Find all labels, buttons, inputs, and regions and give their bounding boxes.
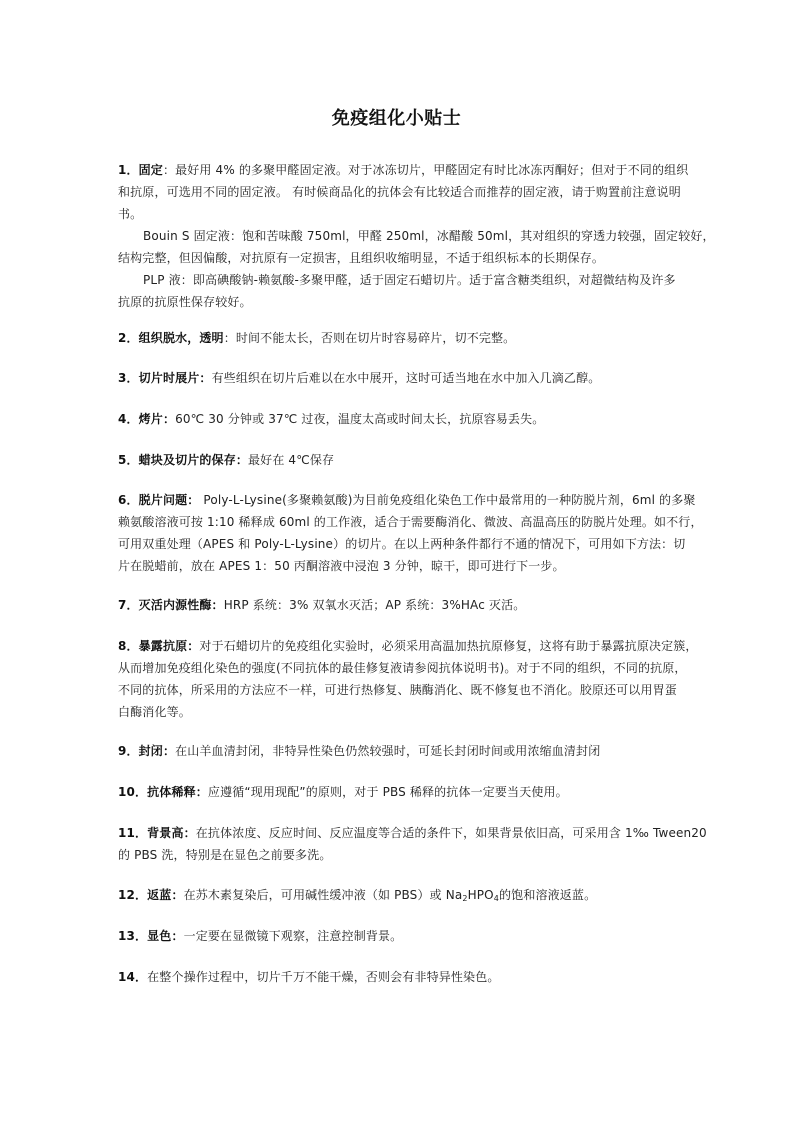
section-5: 5．蜡块及切片的保存：最好在 4℃保存 <box>118 452 334 468</box>
section-number: 1． <box>118 163 139 177</box>
bouin-line-2: 结构完整，但因偏酸，对抗原有一定损害，且组织收缩明显，不适于组织标本的长期保存。 <box>118 250 604 266</box>
section-12: 12．返蓝：在苏木素复染后，可用碱性缓冲液（如 PBS）或 Na2HPO4的饱和… <box>118 887 596 907</box>
section-3: 3．切片时展片：有些组织在切片后难以在水中展开，这时可适当地在水中加入几滴乙醇。 <box>118 370 600 386</box>
section-8-line-2: 从而增加免疫组化染色的强度(不同抗体的最佳修复液请参阅抗体说明书)。对于不同的组… <box>118 660 687 676</box>
section-7: 7．灭活内源性酶：HRP 系统：3% 双氧水灭活；AP 系统：3%HAc 灭活。 <box>118 597 525 613</box>
section-heading: 灭活内源性酶： <box>139 598 224 612</box>
section-11-line-2: 的 PBS 洗，特别是在显色之前要多洗。 <box>118 847 332 863</box>
section-heading: 蜡块及切片的保存： <box>139 453 248 467</box>
bouin-line-1: Bouin S 固定液：饱和苦味酸 750ml，甲醛 250ml，冰醋酸 50m… <box>143 228 715 244</box>
section-heading: 固定 <box>139 163 163 177</box>
section-8-line-1: 8．暴露抗原：对于石蜡切片的免疫组化实验时，必须采用高温加热抗原修复，这将有助于… <box>118 638 698 654</box>
page-title: 免疫组化小贴士 <box>0 104 793 130</box>
section-14: 14．在整个操作过程中，切片千万不能干燥，否则会有非特异性染色。 <box>118 969 500 985</box>
section-6-line-3: 可用双重处理（APES 和 Poly-L-Lysine）的切片。在以上两种条件都… <box>118 536 685 552</box>
section-6-line-2: 赖氨酸溶液可按 1:10 稀释成 60ml 的工作液，适合于需要酶消化、微波、高… <box>118 514 703 530</box>
section-13: 13．显色：一定要在显微镜下观察，注意控制背景。 <box>118 928 402 944</box>
plp-line-2: 抗原的抗原性保存较好。 <box>118 294 252 310</box>
section-6-line-4: 片在脱蜡前，放在 APES 1：50 丙酮溶液中浸泡 3 分钟，晾干，即可进行下… <box>118 558 565 574</box>
section-8-line-3: 不同的抗体，所采用的方法应不一样，可进行热修复、胰酶消化、既不修复也不消化。胶原… <box>118 682 677 698</box>
section-1-line-1: 1．固定：最好用 4% 的多聚甲醛固定液。对于冰冻切片，甲醛固定有时比冰冻丙酮好… <box>118 162 688 178</box>
section-9: 9．封闭：在山羊血清封闭，非特异性染色仍然较强时，可延长封闭时间或用浓缩血清封闭 <box>118 743 600 759</box>
section-heading: 暴露抗原： <box>139 639 200 653</box>
section-heading: 背景高： <box>147 826 196 840</box>
section-heading: 切片时展片： <box>139 371 212 385</box>
section-10: 10．抗体稀释：应遵循“现用现配”的原则，对于 PBS 稀释的抗体一定要当天使用… <box>118 784 568 800</box>
section-2: 2．组织脱水，透明：时间不能太长，否则在切片时容易碎片，切不完整。 <box>118 330 515 346</box>
section-heading: 烤片： <box>139 412 175 426</box>
section-1-line-3: 书。 <box>118 206 142 222</box>
section-1-line-2: 和抗原，可选用不同的固定液。 有时候商品化的抗体会有比较适合而推荐的固定液，请于… <box>118 184 681 200</box>
section-6-line-1: 6．脱片问题： Poly-L-Lysine(多聚赖氨酸)为目前免疫组化染色工作中… <box>118 492 696 508</box>
section-heading: 返蓝： <box>147 888 183 902</box>
section-heading: 抗体稀释： <box>147 785 208 799</box>
section-heading: 封闭： <box>139 744 175 758</box>
section-11-line-1: 11．背景高：在抗体浓度、反应时间、反应温度等合适的条件下，如果背景依旧高，可采… <box>118 825 707 841</box>
section-heading: 脱片问题： <box>139 493 200 507</box>
plp-line-1: PLP 液：即高碘酸钠-赖氨酸-多聚甲醛，适于固定石蜡切片。适于富含糖类组织，对… <box>143 272 676 288</box>
section-4: 4．烤片：60℃ 30 分钟或 37℃ 过夜，温度太高或时间太长，抗原容易丢失。 <box>118 411 544 427</box>
section-heading: 显色： <box>147 929 183 943</box>
section-heading: 组织脱水，透明 <box>139 331 224 345</box>
section-8-line-4: 白酶消化等。 <box>118 704 191 720</box>
